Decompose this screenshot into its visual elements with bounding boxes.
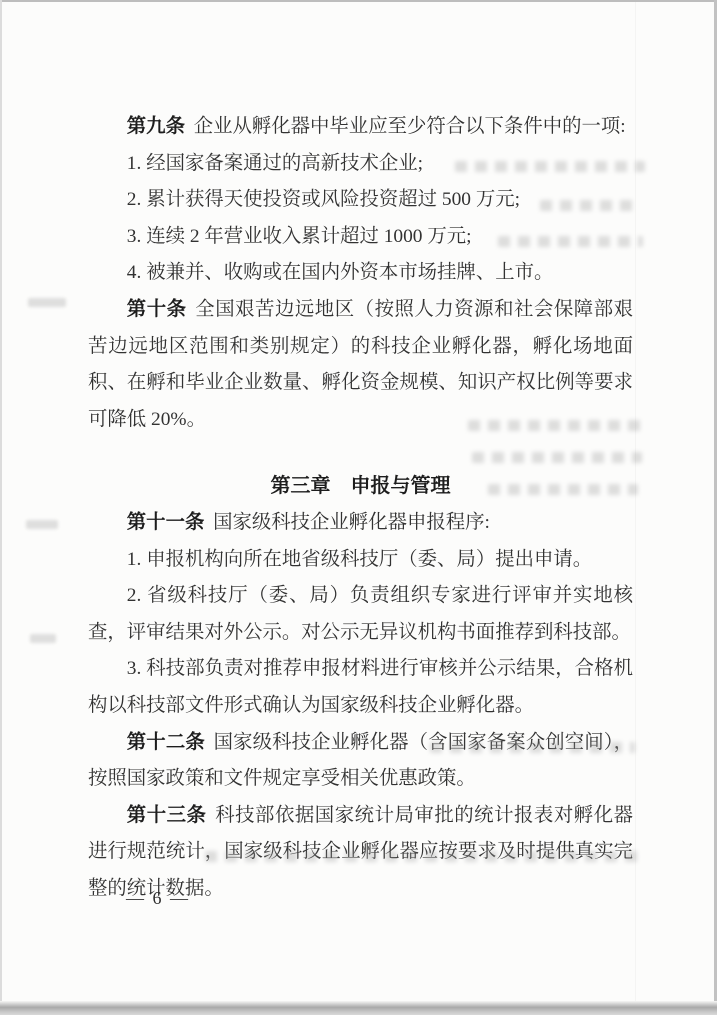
document-content: 第九条企业从孵化器中毕业应至少符合以下条件中的一项:1. 经国家备案通过的高新技… bbox=[88, 109, 633, 907]
list-item: 2. 累计获得天使投资或风险投资超过 500 万元; bbox=[88, 182, 633, 219]
scan-seam bbox=[635, 0, 636, 1001]
bleedthrough-artifact bbox=[28, 298, 66, 307]
article-paragraph: 第十条全国艰苦边远地区（按照人力资源和社会保障部艰苦边远地区范围和类别规定）的科… bbox=[88, 292, 633, 438]
bleedthrough-artifact bbox=[30, 634, 56, 643]
scan-edge-left bbox=[0, 0, 2, 1015]
list-item: 3. 连续 2 年营业收入累计超过 1000 万元; bbox=[88, 219, 633, 256]
article-label: 第十条 bbox=[127, 299, 187, 320]
article-paragraph: 第九条企业从孵化器中毕业应至少符合以下条件中的一项: bbox=[88, 109, 633, 146]
paragraph-text: 3. 连续 2 年营业收入累计超过 1000 万元; bbox=[127, 226, 472, 247]
article-label: 第十二条 bbox=[127, 732, 205, 753]
article-label: 第九条 bbox=[127, 116, 185, 137]
article-paragraph: 第十二条国家级科技企业孵化器（含国家备案众创空间），按照国家政策和文件规定享受相… bbox=[88, 725, 633, 798]
paragraph-text: 3. 科技部负责对推荐申报材料进行审核并公示结果，合格机构以科技部文件形式确认为… bbox=[88, 658, 633, 716]
paragraph-text: 申报与管理 bbox=[351, 475, 451, 497]
paragraph-text: 2. 累计获得天使投资或风险投资超过 500 万元; bbox=[127, 189, 520, 210]
list-item: 1. 经国家备案通过的高新技术企业; bbox=[88, 146, 633, 183]
paragraph-text: 4. 被兼并、收购或在国内外资本市场挂牌、上市。 bbox=[127, 262, 554, 283]
paragraph-text: 国家级科技企业孵化器申报程序: bbox=[213, 512, 490, 533]
list-item: 2. 省级科技厅（委、局）负责组织专家进行评审并实地核查，评审结果对外公示。对公… bbox=[88, 578, 633, 651]
list-item: 4. 被兼并、收购或在国内外资本市场挂牌、上市。 bbox=[88, 255, 633, 292]
chapter-label: 第三章 bbox=[271, 475, 331, 497]
chapter-heading: 第三章申报与管理 bbox=[88, 468, 633, 505]
document-page: 第九条企业从孵化器中毕业应至少符合以下条件中的一项:1. 经国家备案通过的高新技… bbox=[0, 0, 717, 1015]
scan-edge-bottom bbox=[0, 1001, 717, 1015]
paragraph-text: 1. 申报机构向所在地省级科技厅（委、局）提出申请。 bbox=[127, 549, 592, 570]
bleedthrough-artifact bbox=[26, 520, 58, 529]
paragraph-text: 1. 经国家备案通过的高新技术企业; bbox=[127, 153, 423, 174]
article-label: 第十三条 bbox=[127, 805, 207, 826]
page-number: — 6 — bbox=[126, 888, 190, 909]
paragraph-text: 企业从孵化器中毕业应至少符合以下条件中的一项: bbox=[194, 116, 626, 137]
list-item: 1. 申报机构向所在地省级科技厅（委、局）提出申请。 bbox=[88, 542, 633, 579]
scan-edge-top bbox=[0, 0, 717, 2]
article-label: 第十一条 bbox=[127, 512, 205, 533]
list-item: 3. 科技部负责对推荐申报材料进行审核并公示结果，合格机构以科技部文件形式确认为… bbox=[88, 651, 633, 724]
article-paragraph: 第十一条国家级科技企业孵化器申报程序: bbox=[88, 505, 633, 542]
paragraph-text: 2. 省级科技厅（委、局）负责组织专家进行评审并实地核查，评审结果对外公示。对公… bbox=[88, 585, 633, 643]
